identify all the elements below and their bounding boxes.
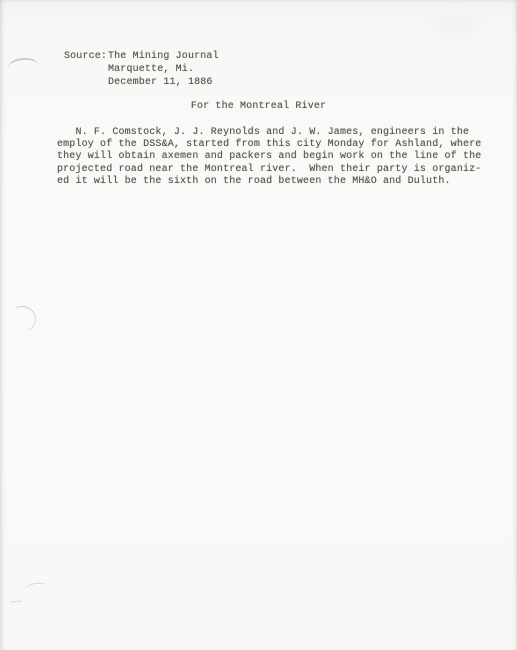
source-publication: The Mining Journal	[108, 50, 219, 63]
source-location: Marquette, Mi.	[108, 63, 219, 76]
photocopy-holepunch-mark-top	[7, 57, 39, 77]
source-label: Source:	[64, 50, 107, 63]
photocopy-smudge-dash-bottom	[11, 600, 22, 605]
source-date: December 11, 1886	[108, 76, 219, 89]
article-body-paragraph: N. F. Comstock, J. J. Reynolds and J. W.…	[57, 127, 497, 188]
scanned-document-page: Source: The Mining Journal Marquette, Mi…	[0, 0, 517, 650]
photocopy-smudge-top-right	[420, 6, 490, 46]
source-block: The Mining Journal Marquette, Mi. Decemb…	[108, 50, 219, 89]
photocopy-holepunch-mark-middle	[6, 302, 40, 335]
photocopy-smudge-mark-bottom	[24, 581, 47, 594]
article-title: For the Montreal River	[0, 101, 517, 113]
